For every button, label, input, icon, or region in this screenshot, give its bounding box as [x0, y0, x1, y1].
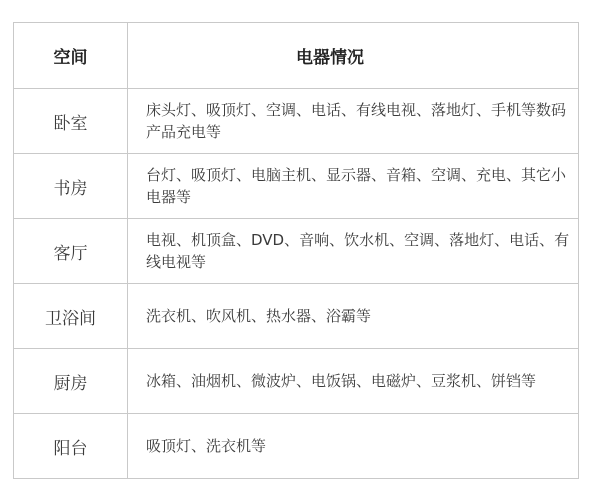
cell-space: 卫浴间 — [14, 284, 128, 349]
cell-space: 厨房 — [14, 349, 128, 414]
table-header-row: 空间 电器情况 — [14, 23, 579, 89]
cell-appliances: 床头灯、吸顶灯、空调、电话、有线电视、落地灯、手机等数码产品充电等 — [128, 89, 579, 154]
header-space: 空间 — [14, 23, 128, 89]
cell-appliances: 洗衣机、吹风机、热水器、浴霸等 — [128, 284, 579, 349]
cell-appliances: 冰箱、油烟机、微波炉、电饭锅、电磁炉、豆浆机、饼铛等 — [128, 349, 579, 414]
table-row: 书房 台灯、吸顶灯、电脑主机、显示器、音箱、空调、充电、其它小电器等 — [14, 154, 579, 219]
cell-appliances: 电视、机顶盒、DVD、音响、饮水机、空调、落地灯、电话、有线电视等 — [128, 219, 579, 284]
cell-space: 卧室 — [14, 89, 128, 154]
cell-space: 阳台 — [14, 414, 128, 479]
appliance-table: 空间 电器情况 卧室 床头灯、吸顶灯、空调、电话、有线电视、落地灯、手机等数码产… — [13, 22, 579, 479]
cell-appliances: 吸顶灯、洗衣机等 — [128, 414, 579, 479]
table-row: 厨房 冰箱、油烟机、微波炉、电饭锅、电磁炉、豆浆机、饼铛等 — [14, 349, 579, 414]
header-appliances: 电器情况 — [128, 23, 579, 89]
cell-space: 客厅 — [14, 219, 128, 284]
table-row: 卫浴间 洗衣机、吹风机、热水器、浴霸等 — [14, 284, 579, 349]
cell-appliances: 台灯、吸顶灯、电脑主机、显示器、音箱、空调、充电、其它小电器等 — [128, 154, 579, 219]
cell-space: 书房 — [14, 154, 128, 219]
table-row: 卧室 床头灯、吸顶灯、空调、电话、有线电视、落地灯、手机等数码产品充电等 — [14, 89, 579, 154]
table-row: 阳台 吸顶灯、洗衣机等 — [14, 414, 579, 479]
table-row: 客厅 电视、机顶盒、DVD、音响、饮水机、空调、落地灯、电话、有线电视等 — [14, 219, 579, 284]
